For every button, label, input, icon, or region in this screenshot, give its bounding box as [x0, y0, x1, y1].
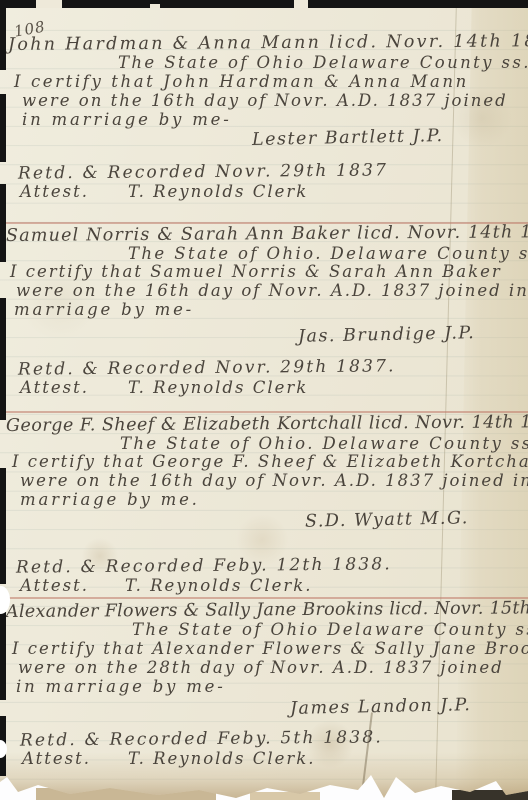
certify-line: I certify that Samuel Norris & Sarah Ann…	[10, 262, 502, 281]
state-line: The State of Ohio. Delaware County ss	[128, 244, 528, 263]
certify-line: I certify that John Hardman & Anna Mann	[14, 72, 469, 91]
recorded-line: Retd. & Recorded Feby. 12th 1838.	[16, 554, 392, 577]
day-line: were on the 16th day of Novr. A.D. 1837 …	[16, 281, 528, 300]
clerk-signature: T. Reynolds Clerk	[128, 182, 308, 201]
scan-border-notch	[294, 0, 308, 8]
scan-border-notch	[150, 4, 160, 8]
entry-heading: George F. Sheef & Elizabeth Kortchall li…	[6, 412, 528, 436]
ledger-page: 108 John Hardman & Anna Mann licd. Novr.…	[0, 0, 528, 800]
attest-label: Attest.	[20, 182, 89, 201]
clerk-signature: T. Reynolds Clerk.	[128, 749, 316, 768]
scan-border-notch	[36, 0, 62, 8]
attest-label: Attest.	[20, 576, 89, 595]
certify-line: I certify that George F. Sheef & Elizabe…	[12, 452, 528, 471]
scan-border-top	[0, 0, 528, 8]
recorded-line: Retd. & Recorded Novr. 29th 1837.	[18, 356, 396, 379]
day-line: were on the 16th day of Novr. A.D. 1837 …	[22, 91, 508, 110]
binding-edge-segment	[0, 612, 6, 700]
attest-label: Attest.	[22, 749, 91, 768]
officiant-signature: Jas. Brundige J.P.	[298, 323, 476, 347]
state-line: The State of Ohio Delaware County ss.	[118, 53, 528, 72]
binding-edge-segment	[0, 298, 6, 420]
binding-edge-segment	[0, 94, 6, 162]
officiant-signature: S.D. Wyatt M.G.	[305, 508, 469, 531]
recorded-line: Retd. & Recorded Feby. 5th 1838.	[20, 727, 383, 750]
closing-line: in marriage by me-	[16, 677, 226, 696]
binding-edge-segment	[0, 468, 6, 584]
day-line: were on the 28th day of Novr. A.D. 1837 …	[18, 658, 504, 677]
binding-edge-segment	[0, 184, 6, 262]
clerk-signature: T. Reynolds Clerk.	[125, 576, 313, 595]
day-line: were on the 16th day of Novr. A.D. 1837 …	[20, 471, 528, 490]
officiant-signature: James Landon J.P.	[290, 695, 472, 719]
entry-heading: John Hardman & Anna Mann licd. Novr. 14t…	[8, 31, 528, 55]
closing-line: marriage by me.	[20, 490, 200, 509]
binding-edge-segment	[0, 8, 6, 70]
clerk-signature: T. Reynolds Clerk	[128, 378, 308, 397]
attest-label: Attest.	[20, 378, 89, 397]
torn-edge-underlay	[250, 792, 320, 800]
certify-line: I certify that Alexander Flowers & Sally…	[12, 639, 528, 658]
recorded-line: Retd. & Recorded Novr. 29th 1837	[18, 160, 388, 183]
officiant-signature: Lester Bartlett J.P.	[252, 126, 444, 150]
entry-heading: Samuel Norris & Sarah Ann Baker licd. No…	[6, 222, 528, 246]
state-line: The State of Ohio Delaware County ss.	[132, 620, 528, 639]
closing-line: marriage by me-	[14, 300, 194, 319]
entry-heading: Alexander Flowers & Sally Jane Brookins …	[6, 598, 528, 622]
state-line: The State of Ohio. Delaware County ss	[120, 434, 528, 453]
closing-line: in marriage by me-	[22, 110, 232, 129]
